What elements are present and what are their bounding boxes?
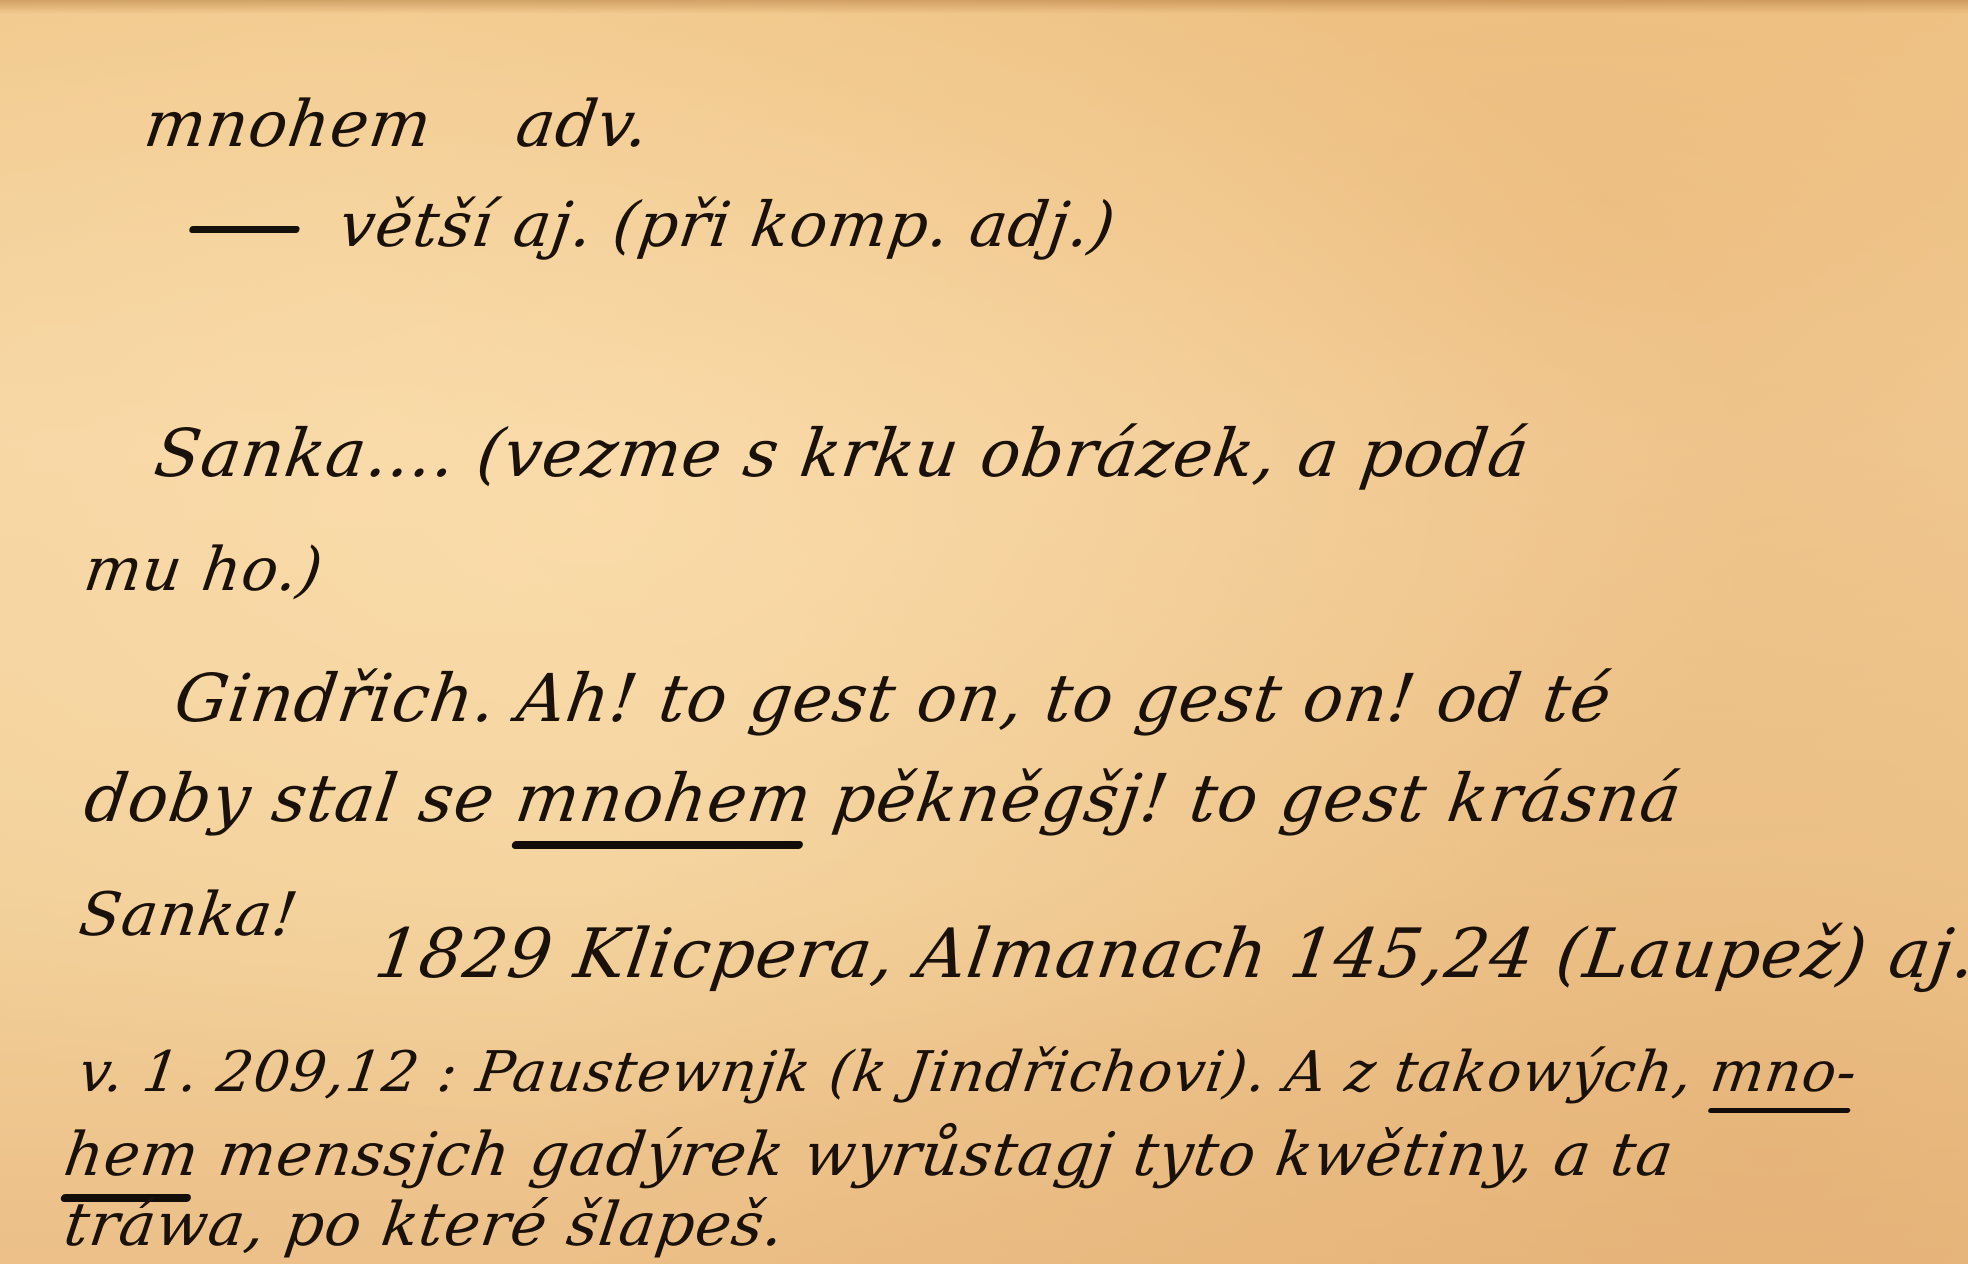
- speaker-gindrich: Gindřich.: [170, 660, 502, 737]
- headword: mnohem: [140, 88, 437, 162]
- part-of-speech: adv.: [512, 88, 654, 162]
- second-citation-line-1: v. 1. 209,12 : Paustewnjk (k Jindřichovi…: [75, 1040, 1862, 1105]
- card-top-edge-shadow: [0, 0, 1968, 14]
- citation-text: v. 1. 209,12 : Paustewnjk (k Jindřichovi…: [75, 1040, 1716, 1105]
- citation-text: tráwa, po které šlapeš.: [60, 1190, 789, 1260]
- sense-dash: [189, 226, 300, 233]
- sense-note: (při komp. adj.): [609, 188, 1121, 261]
- underlined-headword: mnohem: [511, 760, 817, 837]
- lexicographic-index-card: mnohem adv. větší aj. (při komp. adj.) S…: [0, 0, 1968, 1264]
- quotation-text: Ah! to gest on, to gest on! od té: [513, 660, 1617, 737]
- source-citation: 1829 Klicpera, Almanach 145,24 (Laupež) …: [370, 915, 1968, 994]
- second-citation-line-3: tráwa, po které šlapeš.: [60, 1190, 789, 1260]
- quotation-line-4: doby stal se mnohem pěkněgšj! to gest kr…: [80, 760, 1687, 837]
- quotation-text: Sanka!: [75, 880, 303, 950]
- quotation-line-2: mu ho.): [80, 535, 328, 605]
- headword-line: mnohem adv.: [140, 88, 654, 162]
- second-citation-line-2: hem menssjch gadýrek wyrůstagj tyto kwět…: [60, 1120, 1678, 1190]
- sense-gloss: větší aj.: [335, 188, 598, 261]
- quotation-text: pěkněgšj! to gest krásná: [806, 760, 1686, 837]
- underlined-headword-part-2: hem: [60, 1120, 204, 1190]
- quotation-line-1: Sanka…. (vezme s krku obrázek, a podá: [150, 415, 1534, 492]
- citation-text: menssjch gadýrek wyrůstagj tyto kwětiny,…: [194, 1120, 1678, 1190]
- quotation-text: mu ho.): [80, 535, 328, 605]
- quotation-text: …. (vezme s krku obrázek, a podá: [361, 415, 1534, 492]
- quotation-text: doby stal se: [80, 760, 522, 837]
- quotation-line-3: Gindřich. Ah! to gest on, to gest on! od…: [170, 660, 1617, 737]
- underlined-headword-part-1: mno-: [1707, 1040, 1862, 1105]
- speaker-sanka: Sanka: [150, 415, 372, 492]
- source-text: 1829 Klicpera, Almanach 145,24 (Laupež) …: [370, 915, 1968, 994]
- sense-line: větší aj. (při komp. adj.): [185, 188, 1120, 261]
- quotation-line-5: Sanka!: [75, 880, 303, 950]
